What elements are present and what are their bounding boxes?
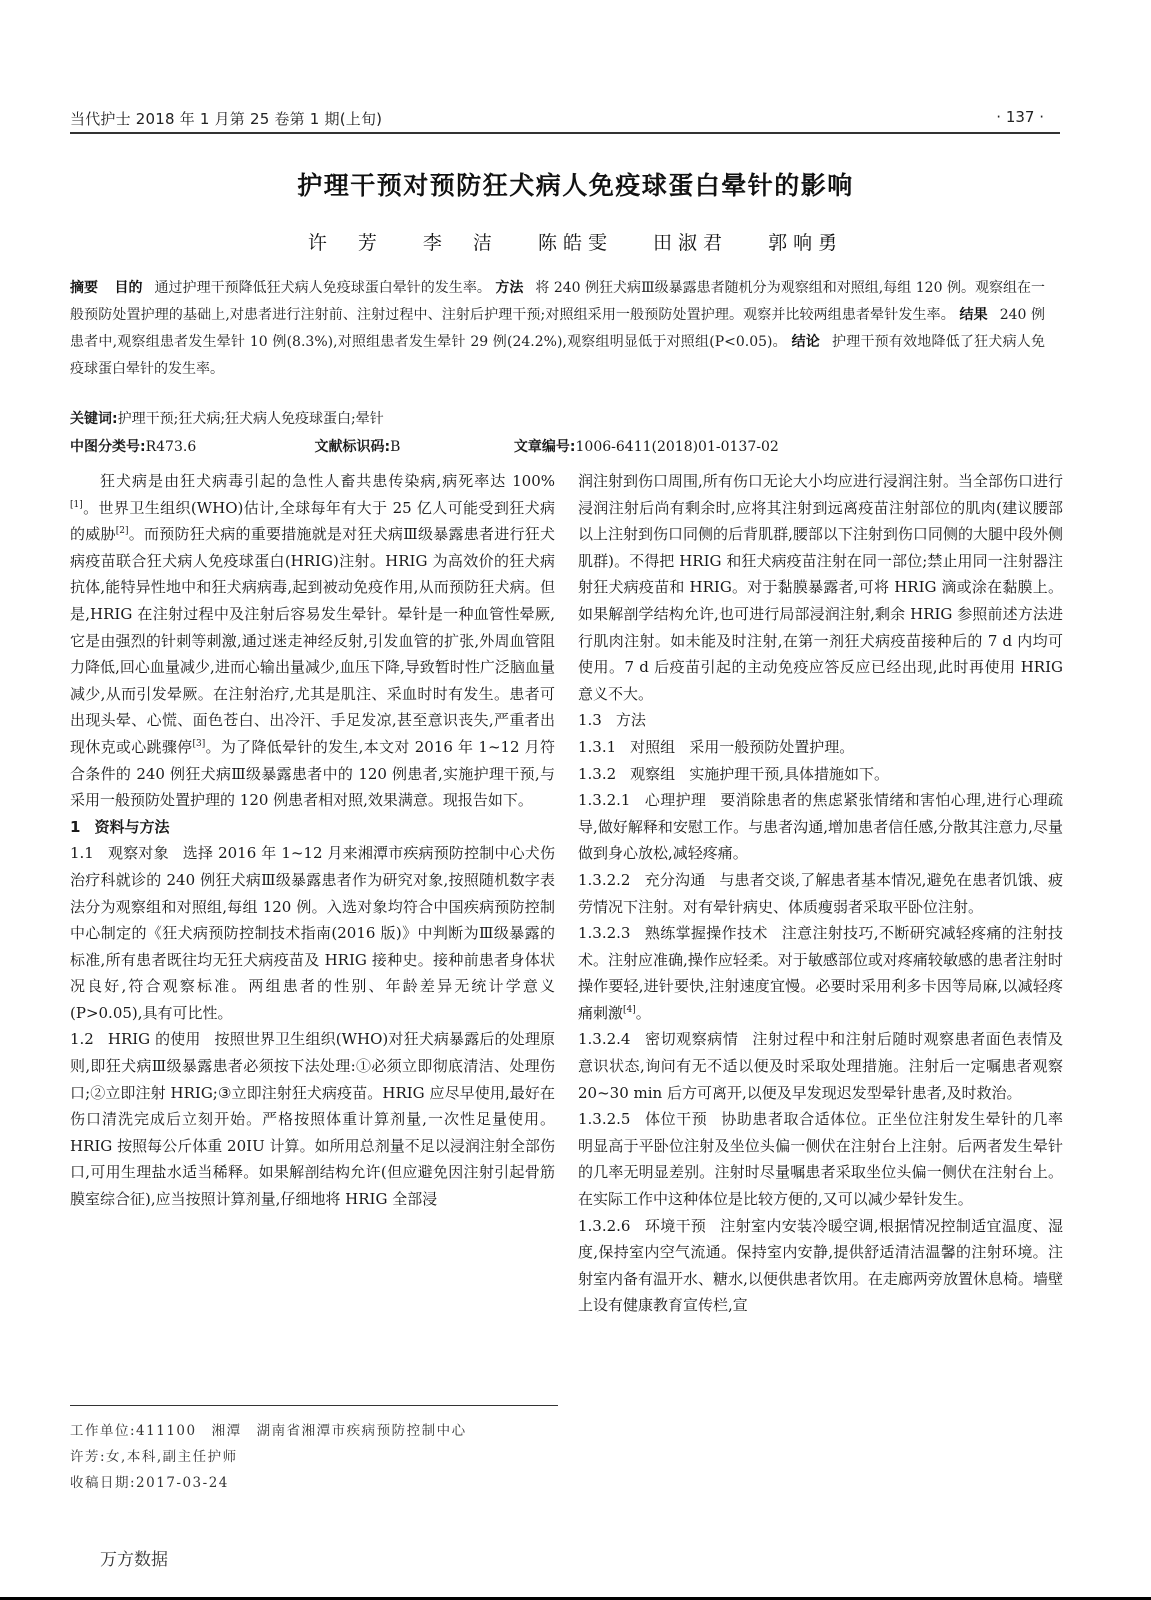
subsection-text: 采用一般预防处置护理。 (689, 738, 854, 756)
author-list: 许 芳 李 洁 陈皓雯 田淑君 郭响勇 (0, 228, 1151, 255)
subsection-text: 选择 2016 年 1~12 月来湘潭市疾病预防控制中心犬伤治疗科就诊的 240… (70, 844, 555, 1022)
objective-text: 通过护理干预降低狂犬病人免疫球蛋白晕针的发生率。 (155, 280, 491, 296)
author: 陈皓雯 (538, 232, 613, 254)
author: 李 洁 (423, 232, 498, 254)
classification-line: 中图分类号:R473.6 文献标识码:B 文章编号:1006-6411(2018… (70, 436, 1050, 456)
item-number: 1.3.2.1 (578, 791, 630, 809)
section-number: 1 (70, 818, 80, 836)
section-title: 资料与方法 (94, 818, 169, 836)
intro-paragraph: 狂犬病是由狂犬病毒引起的急性人畜共患传染病,病死率达 100%[1]。世界卫生组… (70, 468, 555, 814)
subsection-1-3-1: 1.3.1对照组采用一般预防处置护理。 (578, 734, 1063, 761)
doc-code-label: 文献标识码: (314, 439, 390, 455)
subsection-1-3-2: 1.3.2观察组实施护理干预,具体措施如下。 (578, 761, 1063, 788)
watermark: 万方数据 (100, 1545, 168, 1570)
header-rule (70, 132, 1060, 134)
clc-label: 中图分类号: (70, 439, 146, 455)
subsection-1-1: 1.1观察对象选择 2016 年 1~12 月来湘潭市疾病预防控制中心犬伤治疗科… (70, 840, 555, 1026)
item-title: 体位干预 (644, 1110, 707, 1128)
subsection-number: 1.2 (70, 1030, 94, 1048)
subsection-1-3: 1.3方法 (578, 707, 1063, 734)
clc-value: R473.6 (146, 439, 197, 455)
item-title: 熟练掌握操作技术 (644, 924, 767, 942)
clc-number: 中图分类号:R473.6 (70, 436, 310, 456)
journal-citation: 当代护士 2018 年 1 月第 25 卷第 1 期(上旬) (70, 108, 382, 129)
citation-ref[interactable]: [4] (623, 1005, 636, 1015)
document-code: 文献标识码:B (314, 436, 509, 456)
intro-text: 狂犬病是由狂犬病毒引起的急性人畜共患传染病,病死率达 100% (100, 472, 555, 490)
item-title: 环境干预 (644, 1217, 706, 1235)
item-text: 。 (636, 1004, 651, 1022)
measure-item: 1.3.2.3熟练掌握操作技术注意注射技巧,不断研究减轻疼痛的注射技术。注射应准… (578, 920, 1063, 1026)
item-title: 密切观察病情 (644, 1030, 738, 1048)
subsection-title: 观察对象 (108, 844, 169, 862)
measure-item: 1.3.2.2充分沟通与患者交谈,了解患者基本情况,避免在患者饥饿、疲劳情况下注… (578, 867, 1063, 920)
subsection-number: 1.3 (578, 711, 602, 729)
received-date: 收稿日期:2017-03-24 (70, 1470, 467, 1496)
article-no-label: 文章编号: (514, 439, 576, 455)
measure-item: 1.3.2.4密切观察病情注射过程中和注射后随时观察患者面色表情及意识状态,询问… (578, 1026, 1063, 1106)
subsection-title: 观察组 (630, 765, 675, 783)
keywords-value: 护理干预;狂犬病;狂犬病人免疫球蛋白;晕针 (118, 411, 384, 427)
running-header: 当代护士 2018 年 1 月第 25 卷第 1 期(上旬) · 137 · (70, 104, 1060, 132)
methods-label: 方法 (495, 280, 523, 296)
abstract-label: 摘要 (70, 280, 98, 296)
intro-text: 。而预防狂犬病的重要措施就是对狂犬病Ⅲ级暴露患者进行狂犬病疫苗联合狂犬病人免疫球… (70, 525, 555, 756)
citation-ref[interactable]: [2] (116, 526, 129, 536)
footnotes: 工作单位:411100 湘潭 湖南省湘潭市疾病预防控制中心 许芳:女,本科,副主… (70, 1418, 467, 1496)
author-info: 许芳:女,本科,副主任护师 (70, 1444, 467, 1470)
item-title: 充分沟通 (644, 871, 705, 889)
right-column: 润注射到伤口周围,所有伤口无论大小均应进行浸润注射。当全部伤口进行浸润注射后尚有… (578, 468, 1063, 1319)
measure-item: 1.3.2.1心理护理要消除患者的焦虑紧张情绪和害怕心理,进行心理疏导,做好解释… (578, 787, 1063, 867)
subsection-number: 1.1 (70, 844, 94, 862)
article-title: 护理干预对预防狂犬病人免疫球蛋白晕针的影响 (0, 166, 1151, 202)
measure-item: 1.3.2.5体位干预协助患者取合适体位。正坐位注射发生晕针的几率明显高于平卧位… (578, 1106, 1063, 1212)
keywords: 关键词:护理干预;狂犬病;狂犬病人免疫球蛋白;晕针 (70, 408, 384, 428)
subsection-title: 方法 (616, 711, 646, 729)
subsection-number: 1.3.1 (578, 738, 616, 756)
citation-ref[interactable]: [1] (70, 500, 83, 510)
item-number: 1.3.2.4 (578, 1030, 630, 1048)
author: 许 芳 (308, 232, 383, 254)
page-number: · 137 · (996, 108, 1044, 126)
results-label: 结果 (959, 307, 987, 323)
article-no-value: 1006-6411(2018)01-0137-02 (576, 439, 779, 455)
subsection-text: 实施护理干预,具体措施如下。 (689, 765, 889, 783)
measure-item: 1.3.2.6环境干预注射室内安装冷暖空调,根据情况控制适宜温度、湿度,保持室内… (578, 1213, 1063, 1319)
item-number: 1.3.2.2 (578, 871, 630, 889)
left-column: 狂犬病是由狂犬病毒引起的急性人畜共患传染病,病死率达 100%[1]。世界卫生组… (70, 468, 555, 1213)
author: 田淑君 (653, 232, 728, 254)
item-number: 1.3.2.3 (578, 924, 630, 942)
item-title: 心理护理 (644, 791, 706, 809)
footnote-rule (70, 1405, 558, 1406)
subsection-title: 对照组 (630, 738, 675, 756)
keywords-label: 关键词: (70, 411, 118, 427)
objective-label: 目的 (115, 280, 143, 296)
item-number: 1.3.2.6 (578, 1217, 630, 1235)
section-heading: 1资料与方法 (70, 814, 555, 841)
subsection-1-2: 1.2HRIG 的使用按照世界卫生组织(WHO)对狂犬病暴露后的处理原则,即狂犬… (70, 1026, 555, 1212)
affiliation: 工作单位:411100 湘潭 湖南省湘潭市疾病预防控制中心 (70, 1418, 467, 1444)
conclusion-label: 结论 (792, 334, 820, 350)
item-number: 1.3.2.5 (578, 1110, 630, 1128)
abstract: 摘要 目的通过护理干预降低狂犬病人免疫球蛋白晕针的发生率。 方法将 240 例狂… (70, 275, 1045, 383)
doc-code-value: B (390, 439, 400, 455)
subsection-number: 1.3.2 (578, 765, 616, 783)
article-number: 文章编号:1006-6411(2018)01-0137-02 (514, 436, 779, 456)
subsection-text: 按照世界卫生组织(WHO)对狂犬病暴露后的处理原则,即狂犬病Ⅲ级暴露患者必须按下… (70, 1030, 555, 1208)
author: 郭响勇 (768, 232, 843, 254)
citation-ref[interactable]: [3] (193, 739, 206, 749)
subsection-1-2-continued: 润注射到伤口周围,所有伤口无论大小均应进行浸润注射。当全部伤口进行浸润注射后尚有… (578, 468, 1063, 707)
subsection-title: HRIG 的使用 (108, 1030, 201, 1048)
